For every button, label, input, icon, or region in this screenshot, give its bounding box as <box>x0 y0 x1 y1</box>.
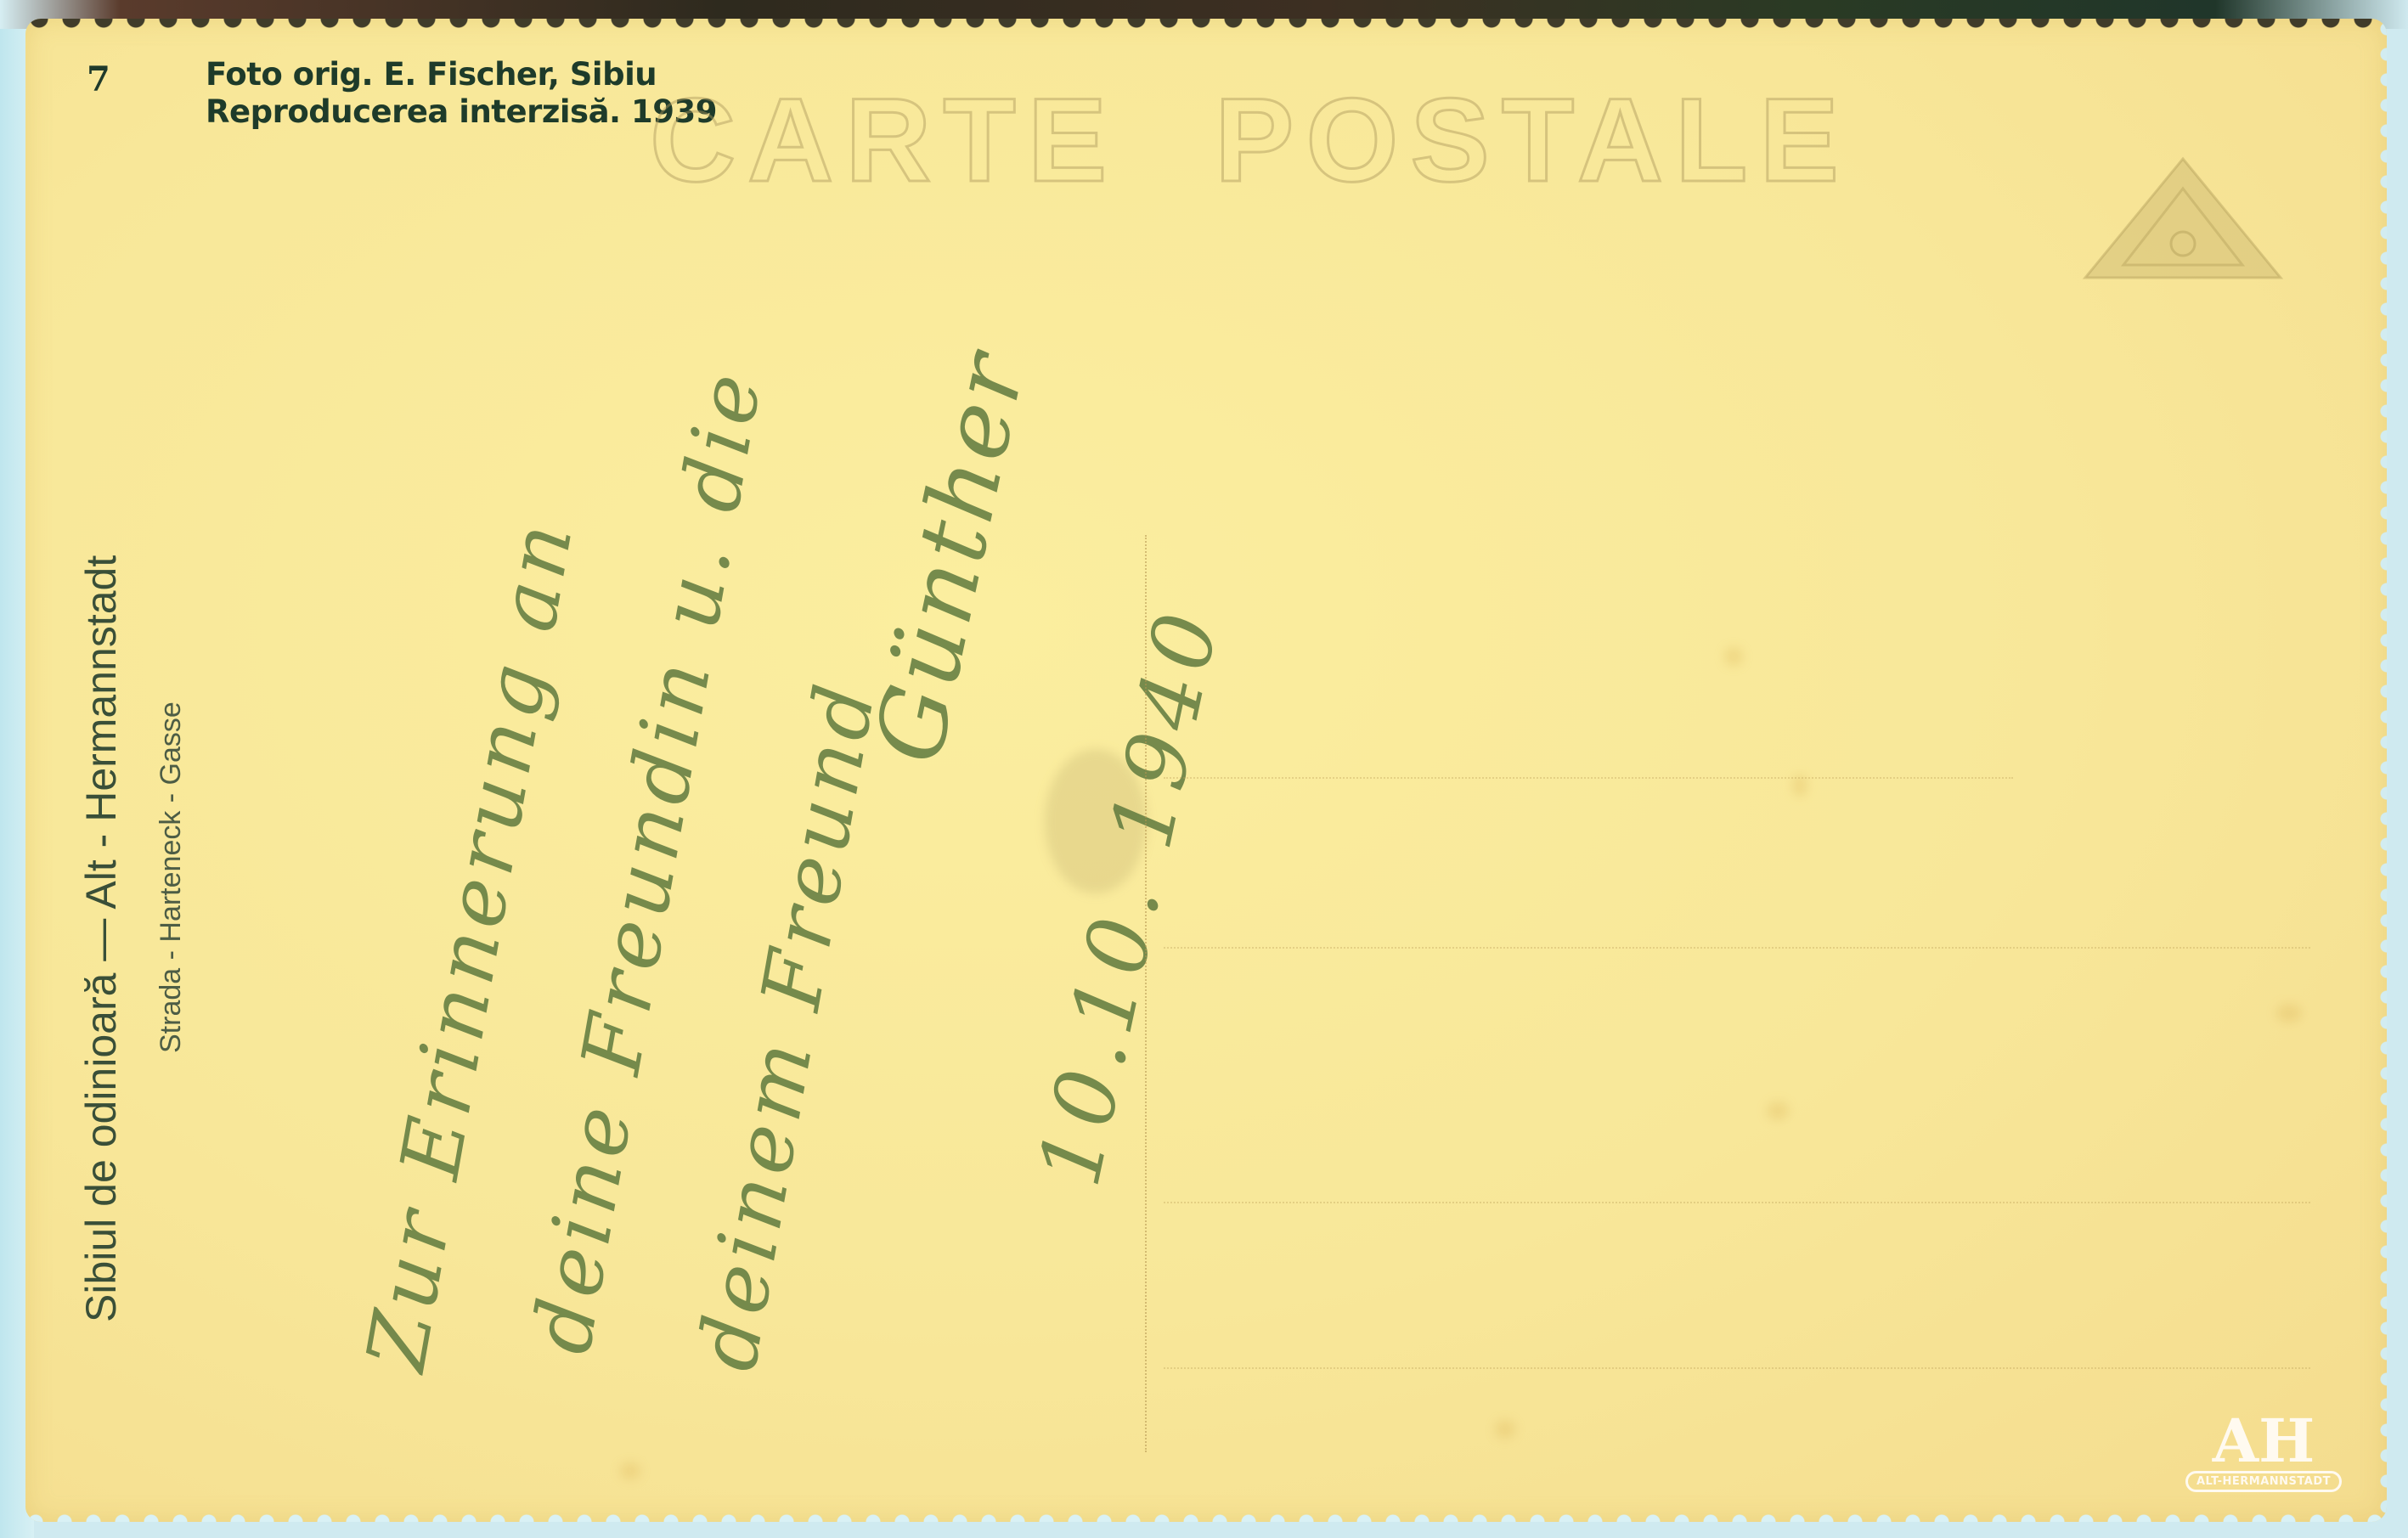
address-line <box>1164 777 2013 779</box>
handwriting-line-3: deinem Freund <box>680 673 894 1377</box>
caption-main: Sibiul de odinioară — Alt - Hermannstadt <box>76 555 126 1322</box>
triangle-publisher-logo-icon <box>2081 150 2285 282</box>
stain <box>1767 1101 1789 1120</box>
stain <box>620 1462 640 1479</box>
stain <box>1495 1420 1515 1439</box>
carte-postale-title: CARTE POSTALE <box>650 71 1851 209</box>
address-line <box>1164 1202 2310 1203</box>
photo-credit: Foto orig. E. Fischer, Sibiu Reproducere… <box>206 56 717 131</box>
handwriting-date: 10.10. 1940 <box>1019 599 1238 1195</box>
stain <box>1724 647 1743 666</box>
alt-hermannstadt-watermark: AH ALT-HERMANNSTADT <box>2183 1411 2344 1505</box>
series-number: 7 <box>87 59 110 99</box>
caption-street: Strada - Harteneck - Gasse <box>155 701 188 1053</box>
photo-credit-line-1: Foto orig. E. Fischer, Sibiu <box>206 56 717 93</box>
deckle-edge-bottom <box>25 1510 2387 1522</box>
deckle-edge-right <box>2377 19 2387 1522</box>
stain <box>2276 1004 2302 1023</box>
watermark-tagline: ALT-HERMANNSTADT <box>2185 1471 2342 1492</box>
address-line <box>1164 1367 2310 1369</box>
message-address-divider <box>1145 535 1147 1452</box>
photo-credit-line-2: Reproducerea interzisă. 1939 <box>206 93 717 131</box>
postcard-back: 7 Foto orig. E. Fischer, Sibiu Reproduce… <box>25 19 2387 1522</box>
address-line <box>1164 947 2310 949</box>
watermark-letters: AH <box>2183 1411 2344 1471</box>
handwriting-signature: Günther <box>854 341 1046 771</box>
deckle-edge-top <box>25 19 2387 31</box>
